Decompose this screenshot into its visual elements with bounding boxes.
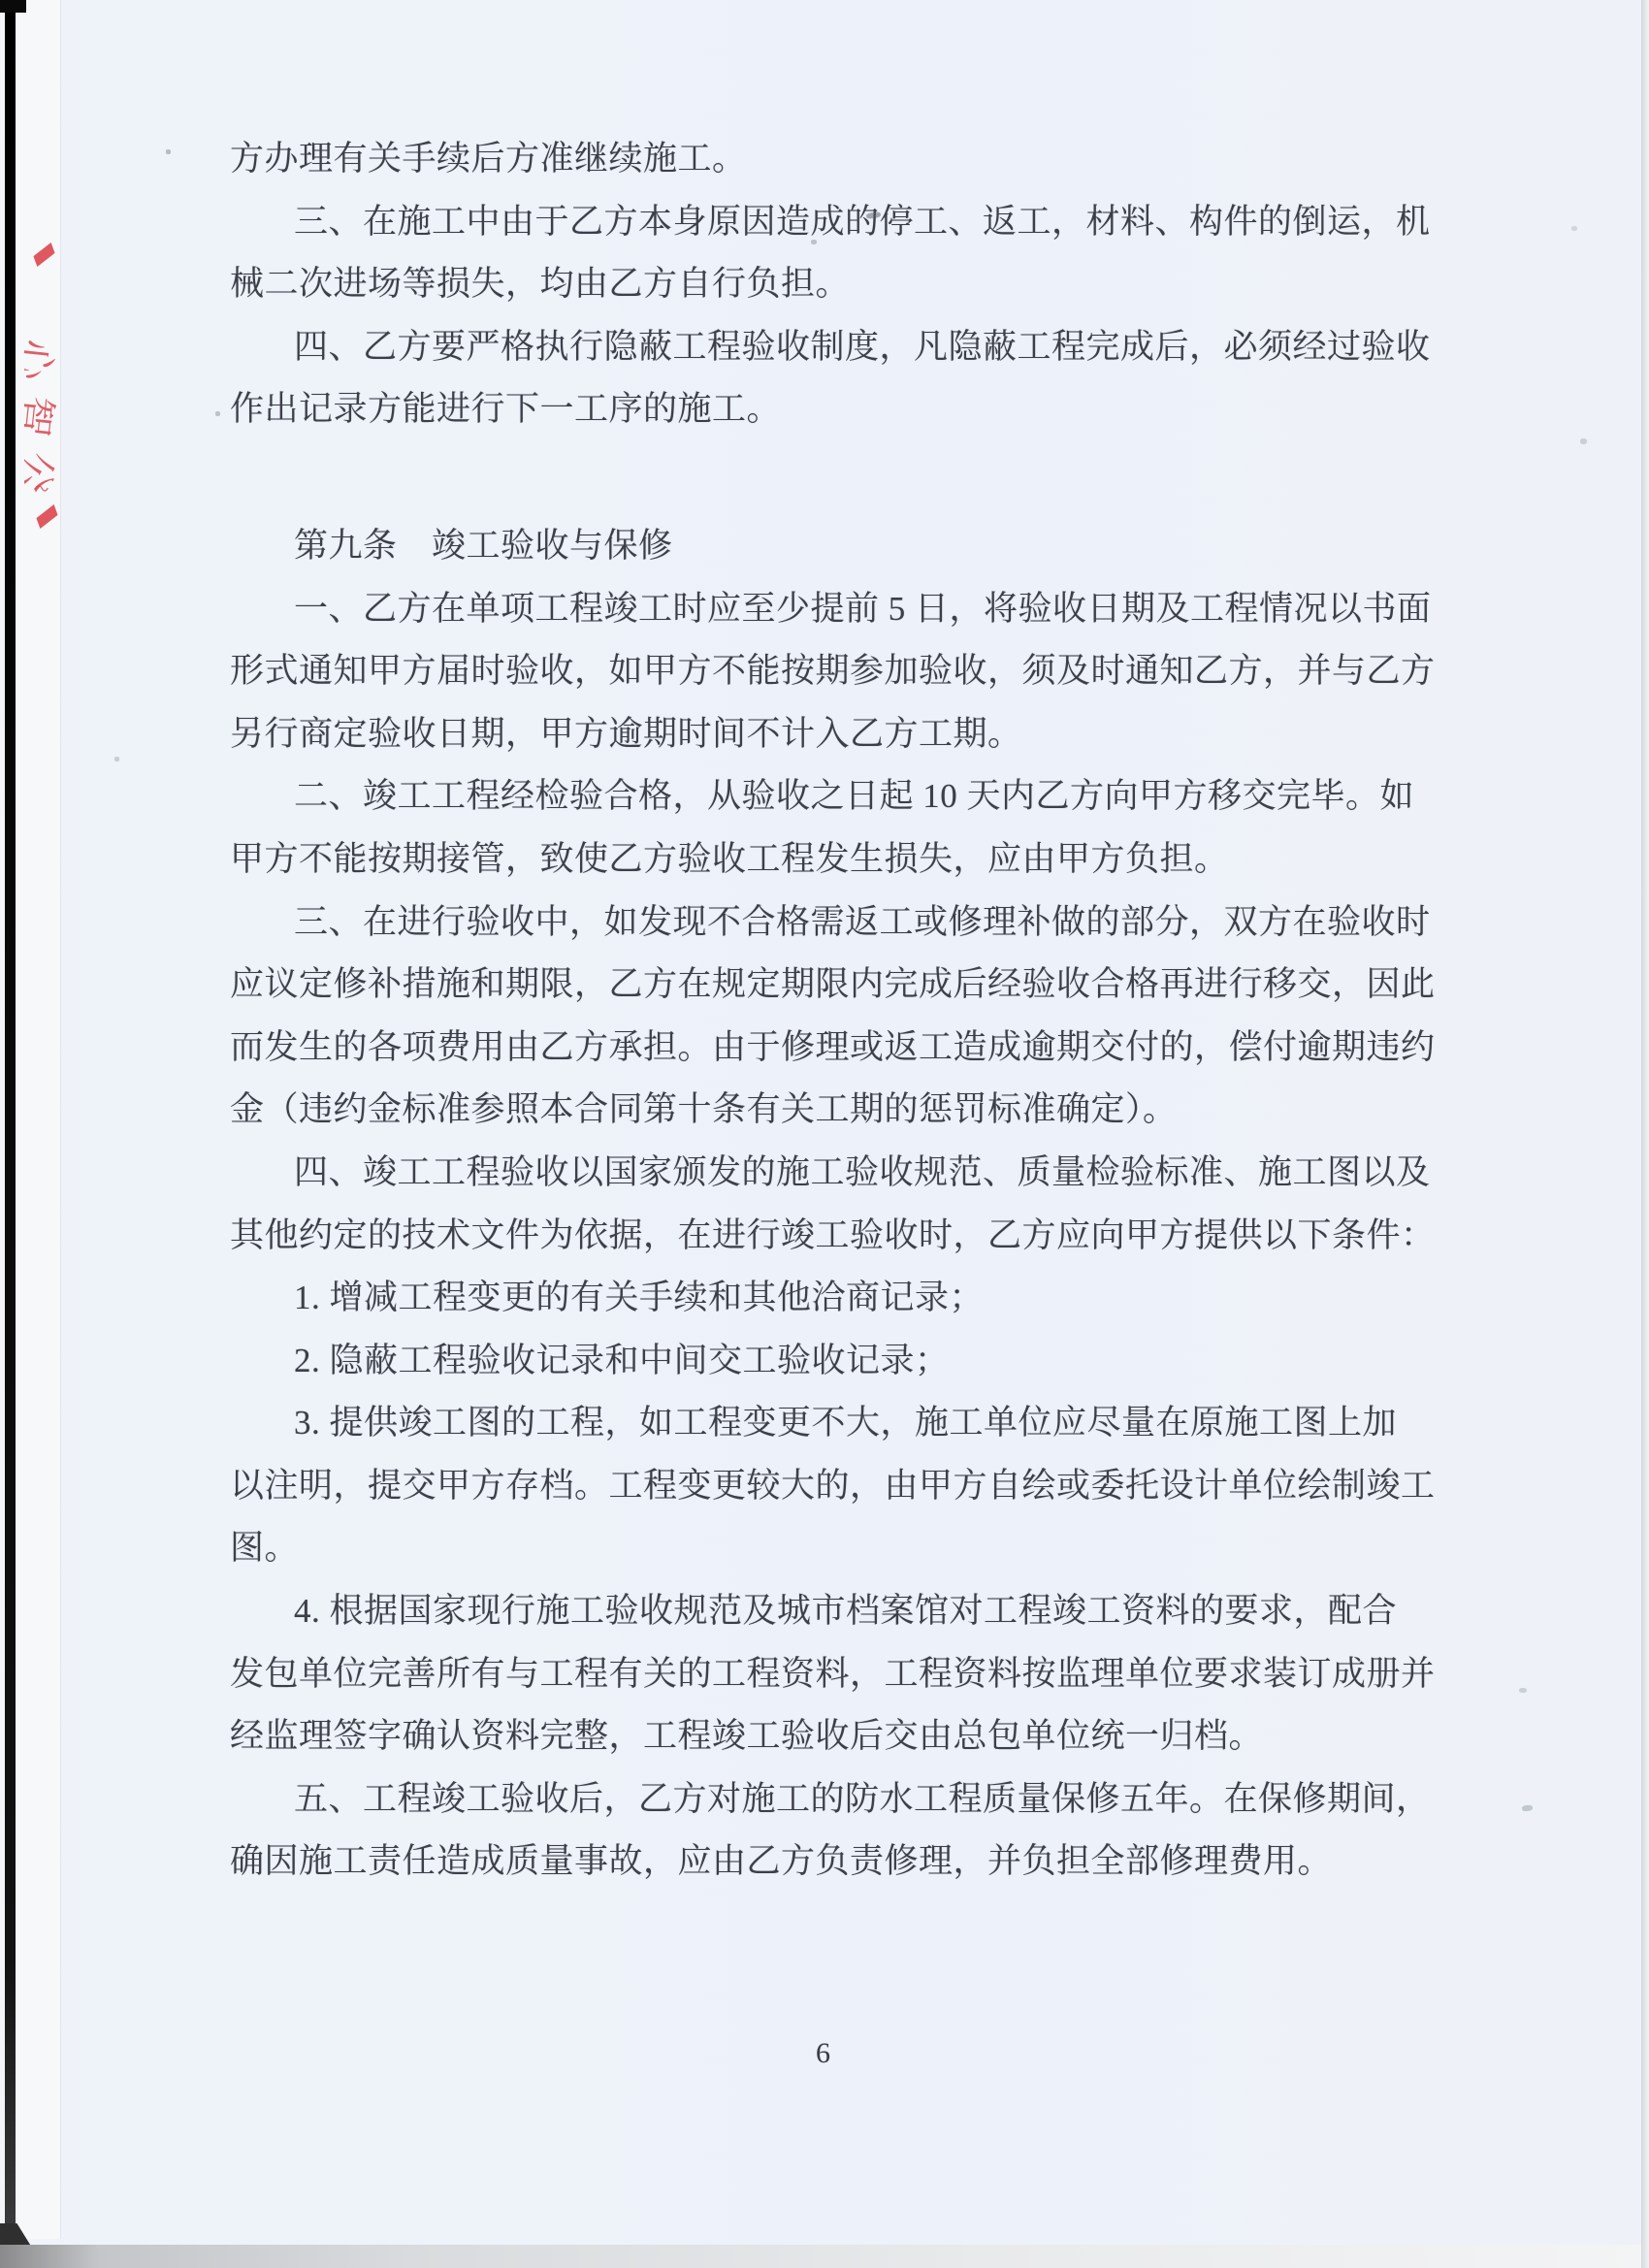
scan-speck bbox=[811, 240, 817, 244]
text-line: 图。 bbox=[230, 1517, 1462, 1580]
text-line: 另行商定验收日期，甲方逾期时间不计入乙方工期。 bbox=[230, 703, 1462, 766]
scanner-edge-right bbox=[1641, 0, 1649, 2268]
scanner-edge-bottom bbox=[0, 2245, 1649, 2268]
text-line: 2. 隐蔽工程验收记录和中间交工验收记录； bbox=[230, 1330, 1462, 1393]
text-line: 1. 增减工程变更的有关手续和其他洽商记录； bbox=[230, 1267, 1462, 1330]
scan-speck bbox=[114, 757, 119, 761]
text-line: 四、竣工工程验收以国家颁发的施工验收规范、质量检验标准、施工图以及 bbox=[230, 1142, 1462, 1205]
text-line: 四、乙方要严格执行隐蔽工程验收制度，凡隐蔽工程完成后，必须经过验收 bbox=[230, 316, 1462, 379]
text-line: 应议定修补措施和期限，乙方在规定期限内完成后经验收合格再进行移交，因此 bbox=[230, 954, 1462, 1017]
scan-speck bbox=[1580, 438, 1587, 444]
scan-speck bbox=[215, 411, 220, 416]
red-stamp-glyph: 智 bbox=[24, 393, 56, 431]
contract-text-block: 方办理有关手续后方准继续施工。三、在施工中由于乙方本身原因造成的停工、返工，材料… bbox=[230, 128, 1462, 1894]
text-line: 经监理签字确认资料完整，工程竣工验收后交由总包单位统一归档。 bbox=[230, 1705, 1462, 1768]
scan-speck bbox=[1571, 226, 1577, 231]
red-stamp-glyph: 心 bbox=[24, 337, 56, 374]
text-line: 发包单位完善所有与工程有关的工程资料，工程资料按监理单位要求装订成册并 bbox=[230, 1643, 1462, 1706]
text-line: 械二次进场等损失，均由乙方自行负担。 bbox=[230, 253, 1462, 316]
text-line: 而发生的各项费用由乙方承担。由于修理或返工造成逾期交付的，偿付逾期违约 bbox=[230, 1017, 1462, 1080]
text-line: 甲方不能按期接管，致使乙方验收工程发生损失，应由甲方负担。 bbox=[230, 828, 1462, 891]
scanned-contract-page: { "page": { "number": "6" }, "document":… bbox=[0, 0, 1649, 2268]
text-line: 二、竣工工程经检验合格，从验收之日起 10 天内乙方向甲方移交完毕。如 bbox=[230, 765, 1462, 828]
text-line: 3. 提供竣工图的工程，如工程变更不大，施工单位应尽量在原施工图上加 bbox=[230, 1392, 1462, 1455]
book-spine-shadow bbox=[5, 0, 16, 2229]
text-line: 形式通知甲方届时验收，如甲方不能按期参加验收，须及时通知乙方，并与乙方 bbox=[230, 640, 1462, 703]
text-line: 金（违约金标准参照本合同第十条有关工期的惩罚标准确定）。 bbox=[230, 1079, 1462, 1142]
text-line: 一、乙方在单项工程竣工时应至少提前 5 日，将验收日期及工程情况以书面 bbox=[230, 578, 1462, 641]
scan-corner-artifact-top bbox=[0, 0, 26, 13]
text-line: 以注明，提交甲方存档。工程变更较大的，由甲方自绘或委托设计单位绘制竣工 bbox=[230, 1455, 1462, 1518]
section-heading: 第九条 竣工验收与保修 bbox=[230, 515, 1462, 578]
text-line: 方办理有关手续后方准继续施工。 bbox=[230, 128, 1462, 191]
text-line: 三、在施工中由于乙方本身原因造成的停工、返工，材料、构件的倒运，机 bbox=[230, 191, 1462, 254]
scan-speck bbox=[166, 149, 171, 154]
page-number: 6 bbox=[816, 2037, 830, 2070]
text-line: 作出记录方能进行下一工序的施工。 bbox=[230, 378, 1462, 441]
text-line: 其他约定的技术文件为依据，在进行竣工验收时，乙方应向甲方提供以下条件： bbox=[230, 1205, 1462, 1268]
text-line: 确因施工责任造成质量事故，应由乙方负责修理，并负担全部修理费用。 bbox=[230, 1831, 1462, 1894]
text-line: 三、在进行验收中，如发现不合格需返工或修理补做的部分，双方在验收时 bbox=[230, 891, 1462, 955]
text-line: 五、工程竣工验收后，乙方对施工的防水工程质量保修五年。在保修期间， bbox=[230, 1768, 1462, 1831]
text-line: 4. 根据国家现行施工验收规范及城市档案馆对工程竣工资料的要求，配合 bbox=[230, 1580, 1462, 1643]
scan-speck bbox=[1519, 1688, 1527, 1693]
